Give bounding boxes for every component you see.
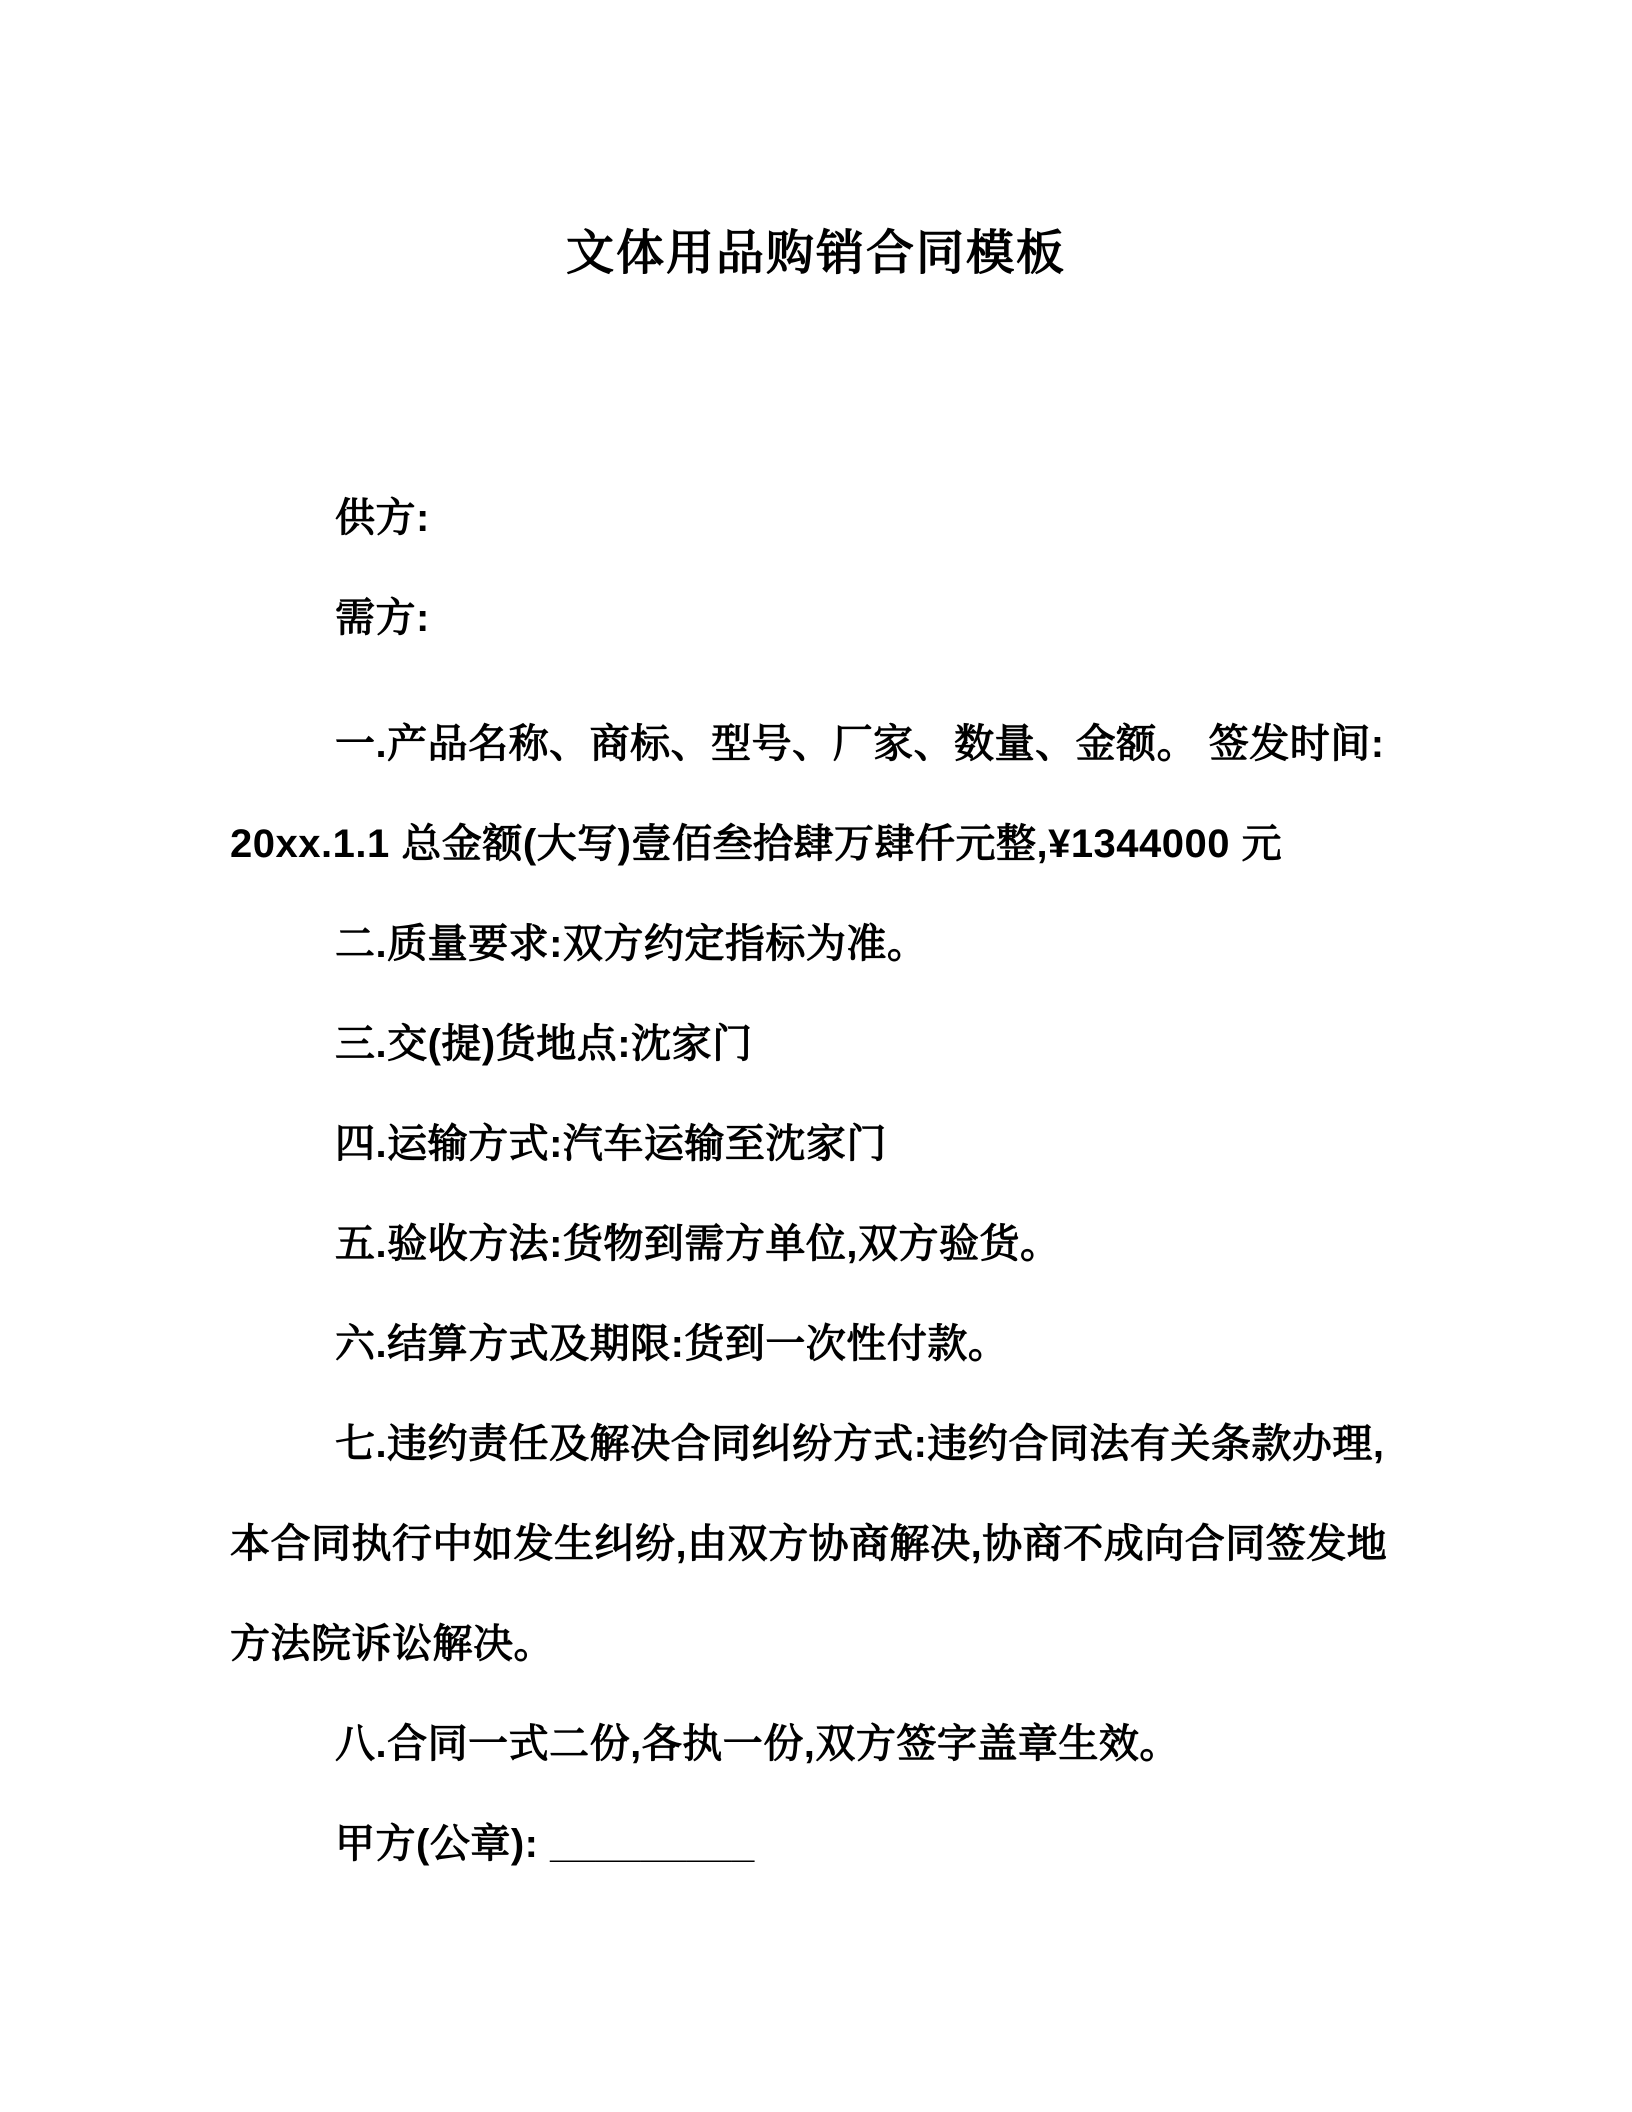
- clause-6-settlement: 六.结算方式及期限:货到一次性付款。: [230, 1294, 1490, 1394]
- clause-7-breach-and-disputes: 七.违约责任及解决合同纠纷方式:违约合同法有关条款办理, 本合同执行中如发生纠纷…: [230, 1394, 1490, 1694]
- clause-8-copies: 八.合同一式二份,各执一份,双方签字盖章生效。: [230, 1694, 1490, 1794]
- clause-1-product-and-amount: 一.产品名称、商标、型号、厂家、数量、金额。 签发时间: 20xx.1.1 总金…: [230, 694, 1490, 894]
- clause-2-quality: 二.质量要求:双方约定指标为准。: [230, 894, 1490, 994]
- contract-page: 文体用品购销合同模板 供方: 需方: 一.产品名称、商标、型号、厂家、数量、金额…: [0, 0, 1632, 2112]
- clause-3-delivery-place: 三.交(提)货地点:沈家门: [230, 994, 1490, 1094]
- supplier-line: 供方:: [230, 468, 1490, 568]
- buyer-line: 需方:: [230, 568, 1490, 668]
- document-body: 供方: 需方: 一.产品名称、商标、型号、厂家、数量、金额。 签发时间: 20x…: [230, 468, 1490, 1894]
- party-a-seal-line: 甲方(公章): _________: [230, 1794, 1490, 1894]
- document-title: 文体用品购销合同模板: [0, 228, 1632, 280]
- clause-4-transport: 四.运输方式:汽车运输至沈家门: [230, 1094, 1490, 1194]
- clause-5-acceptance: 五.验收方法:货物到需方单位,双方验货。: [230, 1194, 1490, 1294]
